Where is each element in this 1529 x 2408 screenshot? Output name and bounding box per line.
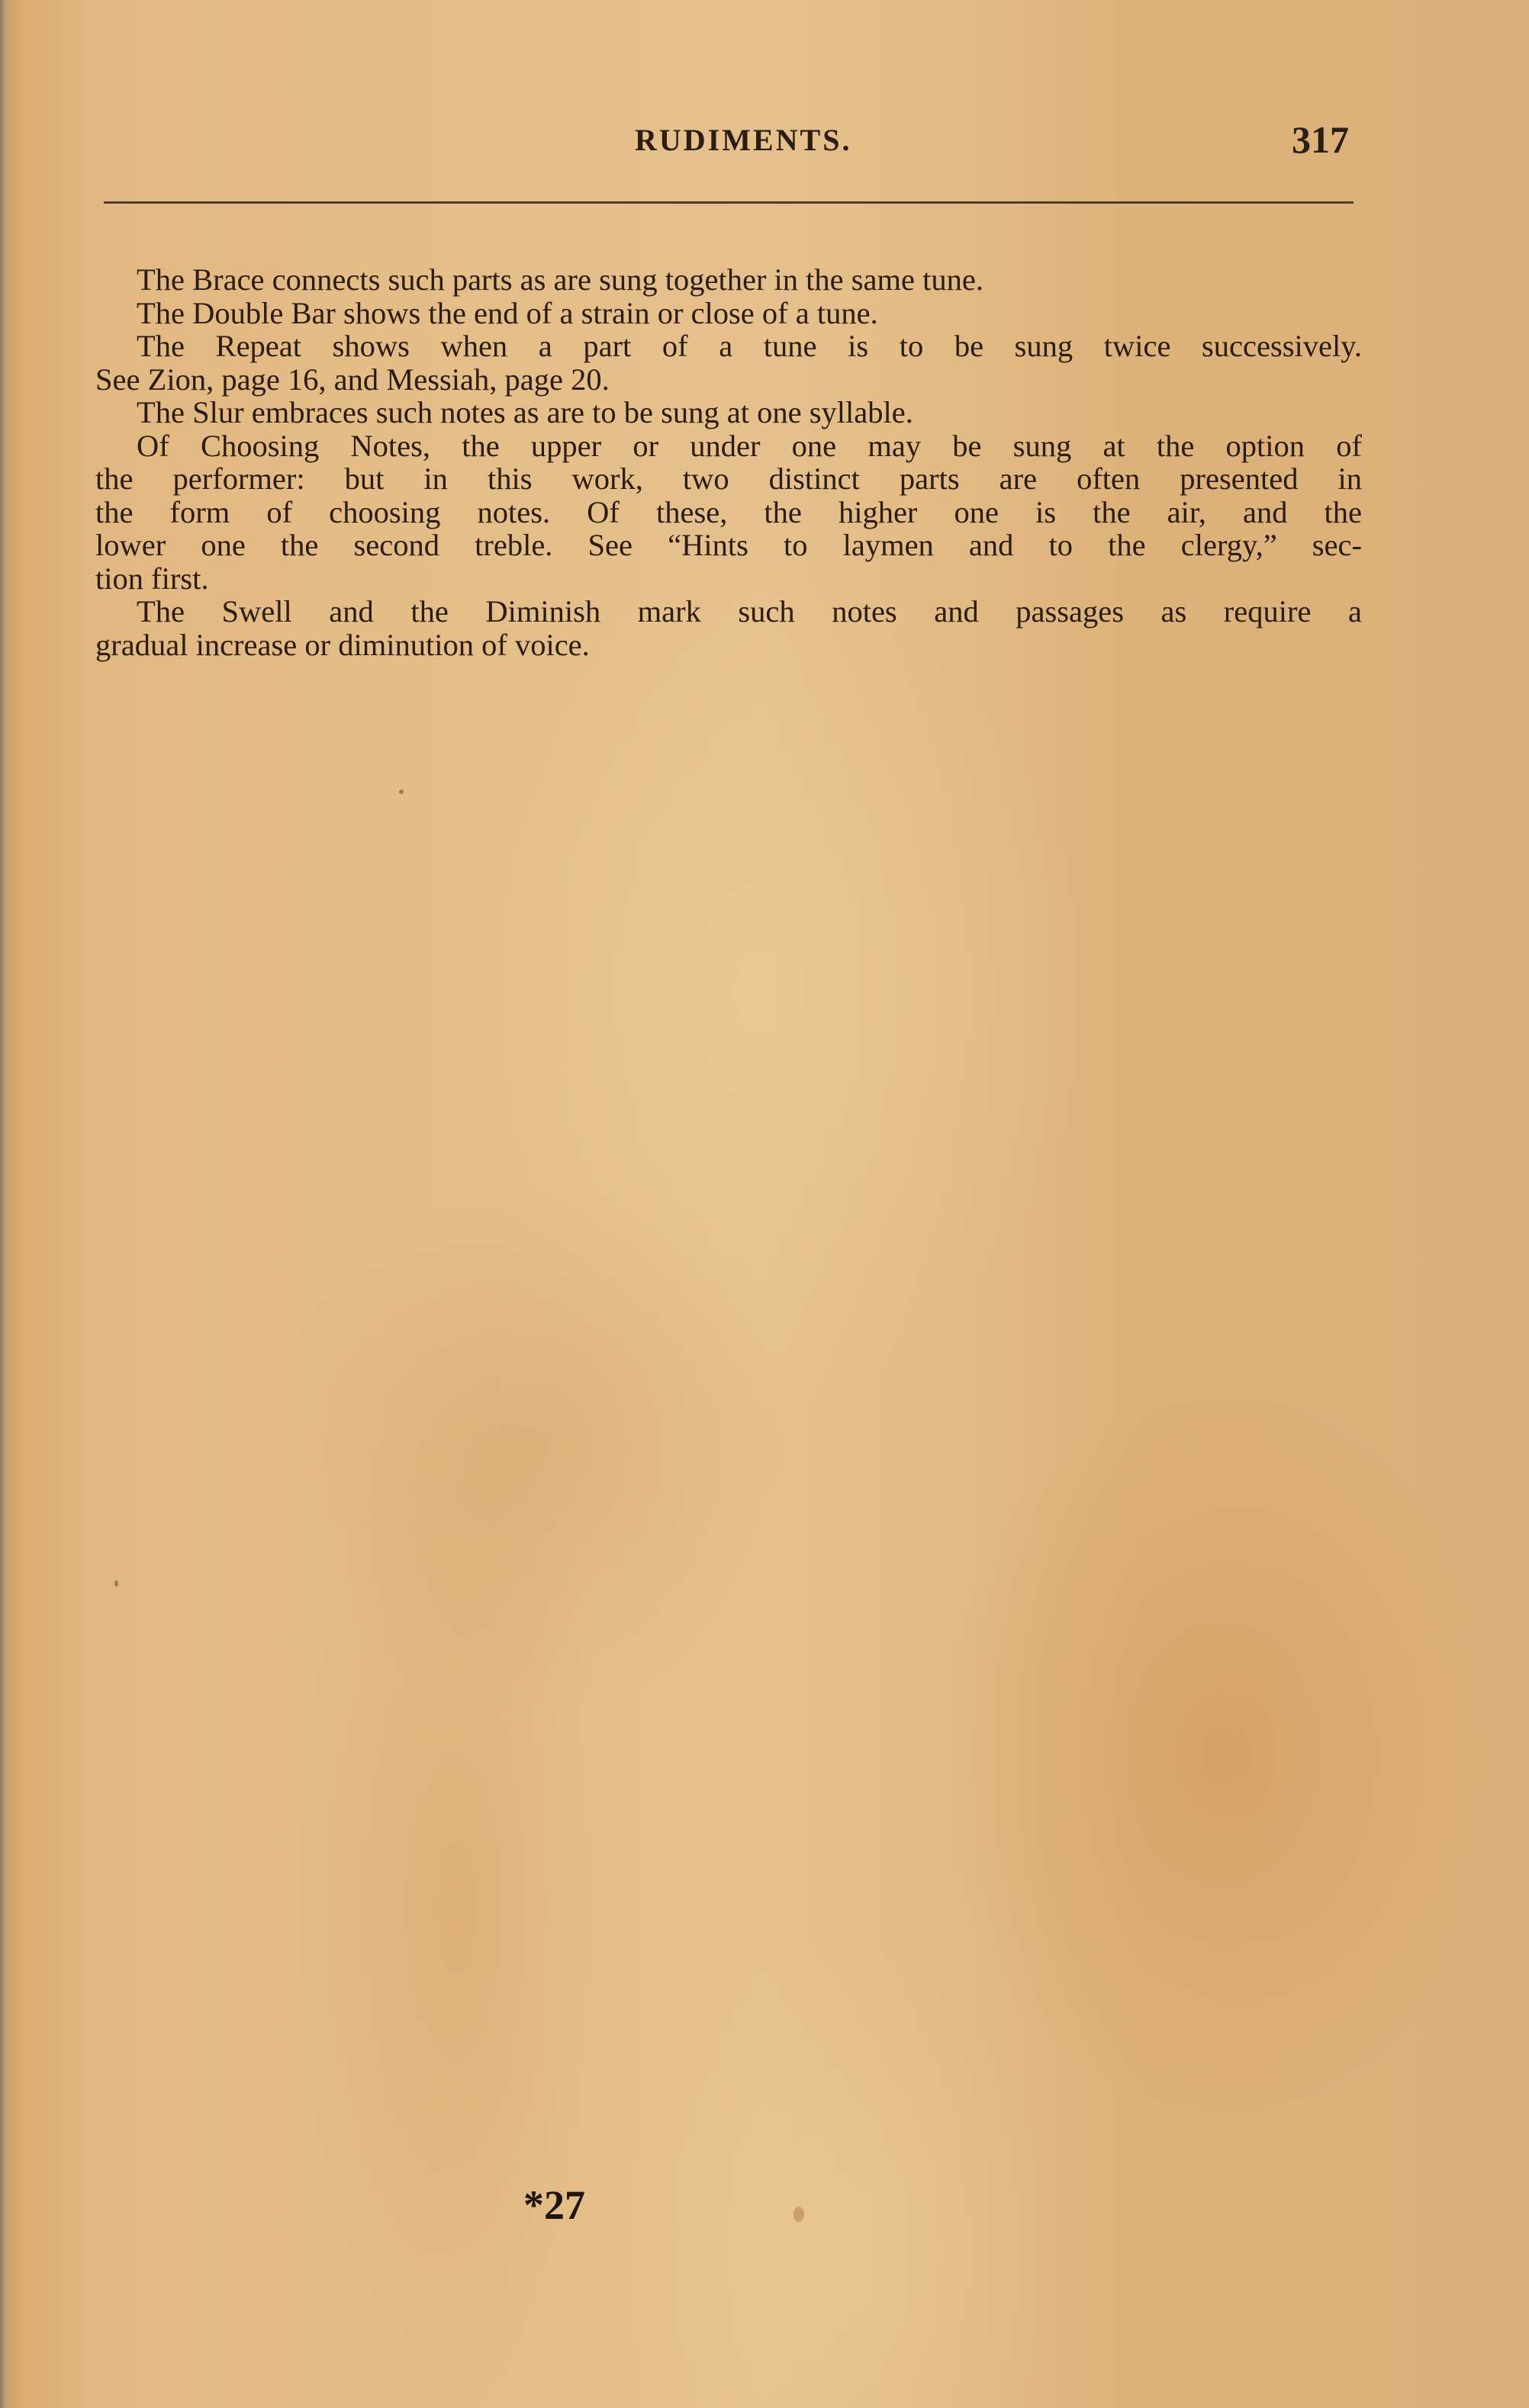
paragraph-choosing-notes: Of Choosing Notes, the upper or under on…	[95, 429, 1362, 596]
text-line: The Swell and the Diminish mark such not…	[95, 595, 1362, 629]
text-line: tion first.	[54, 562, 1362, 596]
paper-stain	[793, 2207, 804, 2222]
paragraph-double-bar: The Double Bar shows the end of a strain…	[95, 297, 1362, 330]
text-line: The Brace connects such parts as are sun…	[95, 263, 1362, 297]
text-line: Of Choosing Notes, the upper or under on…	[95, 429, 1362, 463]
paragraph-slur: The Slur embraces such notes as are to b…	[95, 396, 1362, 429]
book-page: RUDIMENTS. 317 The Brace connects such p…	[0, 0, 1529, 2408]
text-line: lower one the second treble. See “Hints …	[54, 529, 1362, 562]
paper-speck	[399, 789, 404, 794]
signature-mark: *27	[523, 2181, 585, 2229]
body-text: The Brace connects such parts as are sun…	[95, 263, 1362, 661]
running-title: RUDIMENTS.	[635, 122, 851, 158]
text-line: See Zion, page 16, and Messiah, page 20.	[54, 363, 1362, 397]
text-line: The Double Bar shows the end of a strain…	[95, 297, 1362, 330]
text-line: gradual increase or diminution of voice.	[54, 629, 1362, 662]
text-line: The Repeat shows when a part of a tune i…	[95, 330, 1362, 363]
paragraph-swell-diminish: The Swell and the Diminish mark such not…	[95, 595, 1362, 661]
running-head: RUDIMENTS. 317	[0, 114, 1529, 160]
text-line: the performer: but in this work, two dis…	[54, 462, 1362, 496]
text-line: the form of choosing notes. Of these, th…	[54, 496, 1362, 529]
paragraph-repeat: The Repeat shows when a part of a tune i…	[95, 330, 1362, 396]
header-rule	[104, 201, 1354, 204]
page-spine-edge	[0, 0, 9, 2408]
page-number: 317	[1292, 117, 1349, 162]
paragraph-brace: The Brace connects such parts as are sun…	[95, 263, 1362, 297]
text-line: The Slur embraces such notes as are to b…	[95, 396, 1362, 429]
paper-speck	[114, 1580, 118, 1587]
